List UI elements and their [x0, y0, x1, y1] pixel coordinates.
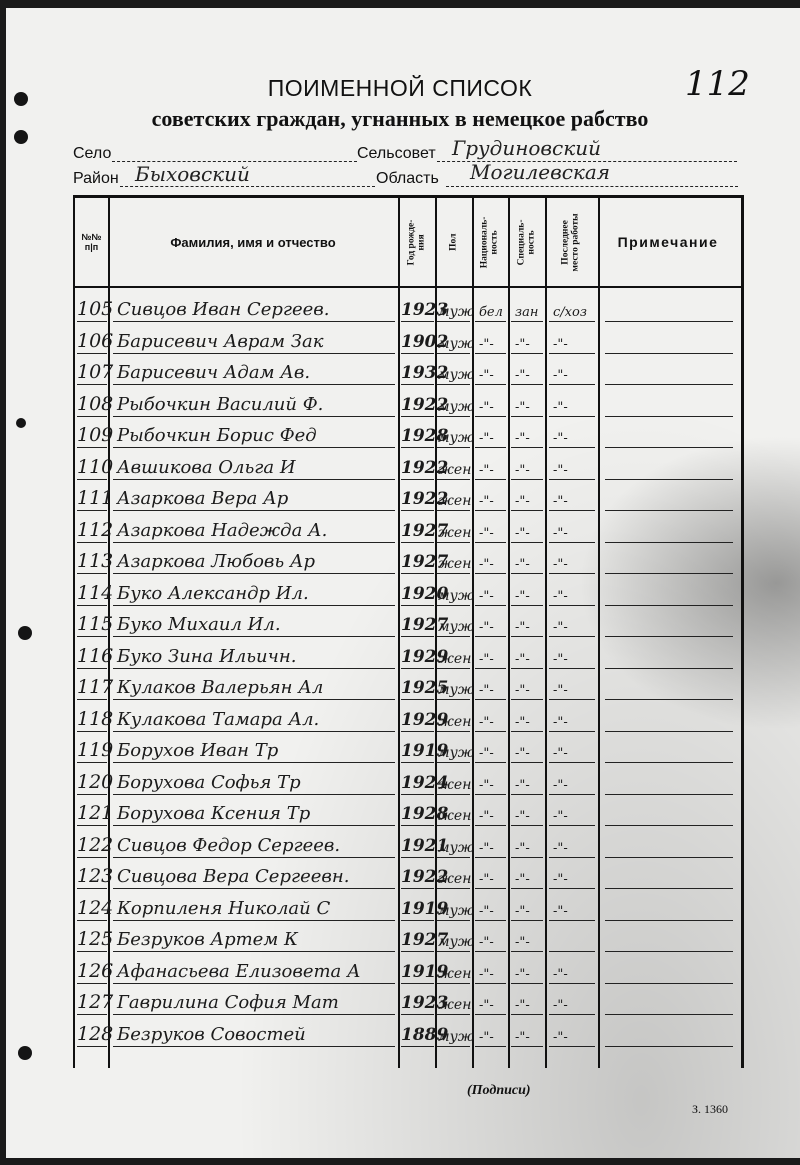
- table-row: 124Корпиленя Николай С1919муж-"--"--"-: [75, 893, 741, 921]
- table-row: 122Сивцов Федор Сергеев.1921муж-"--"--"-: [75, 830, 741, 858]
- table-row: 107Барисевич Адам Ав.1932муж-"--"--"-: [75, 357, 741, 385]
- punch-hole: [14, 130, 28, 144]
- row-number: 117: [77, 676, 113, 698]
- row-specialty: -"-: [515, 526, 530, 541]
- row-name: Борухов Иван Тр: [117, 740, 278, 761]
- names-table: №№ п|п Фамилия, имя и отчество Год рожде…: [73, 195, 744, 1068]
- row-specialty: -"-: [515, 841, 530, 856]
- row-nationality: -"-: [479, 431, 494, 446]
- row-nationality: -"-: [479, 778, 494, 793]
- row-specialty: -"-: [515, 904, 530, 919]
- row-nationality: -"-: [479, 463, 494, 478]
- row-specialty: -"-: [515, 746, 530, 761]
- row-number: 112: [77, 519, 113, 541]
- col-header-num: №№ п|п: [75, 198, 108, 286]
- row-last-work: -"-: [553, 746, 568, 761]
- row-number: 115: [77, 613, 113, 635]
- row-specialty: -"-: [515, 872, 530, 887]
- row-nationality: -"-: [479, 998, 494, 1013]
- form-code: З. 1360: [692, 1102, 728, 1117]
- table-row: 118Кулакова Тамара Ал.1929жен-"--"--"-: [75, 704, 741, 732]
- row-sex: жен: [438, 651, 471, 667]
- table-row: 106Барисевич Аврам Зак1902муж-"--"--"-: [75, 326, 741, 354]
- row-specialty: -"-: [515, 935, 530, 950]
- row-nationality: -"-: [479, 935, 494, 950]
- row-last-work: -"-: [553, 841, 568, 856]
- row-specialty: -"-: [515, 431, 530, 446]
- table-row: 120Борухова Софья Тр1924жен-"--"--"-: [75, 767, 741, 795]
- row-nationality: -"-: [479, 1030, 494, 1045]
- selsovet-label: Сельсовет: [357, 145, 436, 163]
- row-last-work: -"-: [553, 526, 568, 541]
- row-sex: жен: [438, 462, 471, 478]
- row-specialty: -"-: [515, 1030, 530, 1045]
- row-sex: жен: [438, 966, 471, 982]
- row-nationality: -"-: [479, 841, 494, 856]
- row-nationality: -"-: [479, 809, 494, 824]
- row-nationality: -"-: [479, 400, 494, 415]
- punch-hole: [18, 626, 32, 640]
- row-number: 119: [77, 739, 113, 761]
- row-number: 125: [77, 928, 113, 950]
- table-row: 121Борухова Ксения Тр1928жен-"--"--"-: [75, 798, 741, 826]
- row-number: 123: [77, 865, 113, 887]
- table-row: 128Безруков Совостей1889муж-"--"--"-: [75, 1019, 741, 1047]
- row-sex: жен: [438, 714, 471, 730]
- col-header-specialty: Специаль- ность: [508, 198, 545, 286]
- row-name: Азаркова Любовь Ар: [117, 551, 315, 572]
- row-name: Гаврилина София Мат: [117, 992, 339, 1013]
- row-last-work: -"-: [553, 368, 568, 383]
- row-name: Кулаков Валерьян Ал: [117, 677, 323, 698]
- row-name: Сивцов Иван Сергеев.: [117, 299, 329, 320]
- row-nationality: -"-: [479, 368, 494, 383]
- row-sex: жен: [438, 493, 471, 509]
- row-last-work: -"-: [553, 809, 568, 824]
- row-specialty: -"-: [515, 967, 530, 982]
- row-name: Рыбочкин Василий Ф.: [117, 394, 323, 415]
- table-row: 125Безруков Артем К1927муж-"--"-: [75, 924, 741, 952]
- col-header-note: Примечание: [598, 198, 738, 286]
- row-number: 120: [77, 771, 113, 793]
- row-nationality: -"-: [479, 715, 494, 730]
- row-sex: муж: [438, 903, 474, 919]
- row-number: 109: [77, 424, 113, 446]
- row-sex: жен: [438, 808, 471, 824]
- row-last-work: с/хоз: [553, 305, 587, 320]
- table-row: 109Рыбочкин Борис Фед1928муж-"--"--"-: [75, 420, 741, 448]
- row-nationality: -"-: [479, 589, 494, 604]
- row-last-work: -"-: [553, 715, 568, 730]
- row-name: Буко Александр Ил.: [117, 583, 309, 604]
- row-sex: жен: [438, 871, 471, 887]
- row-number: 110: [77, 456, 113, 478]
- row-number: 127: [77, 991, 113, 1013]
- row-number: 122: [77, 834, 113, 856]
- row-specialty: -"-: [515, 715, 530, 730]
- table-row: 111Азаркова Вера Ар1922жен-"--"--"-: [75, 483, 741, 511]
- row-name: Буко Михаил Ил.: [117, 614, 281, 635]
- row-last-work: -"-: [553, 904, 568, 919]
- table-row: 119Борухов Иван Тр1919муж-"--"--"-: [75, 735, 741, 763]
- table-row: 123Сивцова Вера Сергеевн.1922жен-"--"--"…: [75, 861, 741, 889]
- rayon-value: Быховский: [135, 162, 250, 186]
- row-number: 126: [77, 960, 113, 982]
- row-sex: муж: [438, 399, 474, 415]
- row-sex: жен: [438, 556, 471, 572]
- row-last-work: -"-: [553, 463, 568, 478]
- row-name: Авшикова Ольга И: [117, 457, 296, 478]
- row-sex: муж: [438, 588, 474, 604]
- row-number: 128: [77, 1023, 113, 1045]
- row-nationality: -"-: [479, 652, 494, 667]
- row-nationality: -"-: [479, 337, 494, 352]
- row-name: Сивцов Федор Сергеев.: [117, 835, 340, 856]
- row-nationality: -"-: [479, 872, 494, 887]
- row-last-work: -"-: [553, 683, 568, 698]
- row-last-work: -"-: [553, 337, 568, 352]
- row-last-work: -"-: [553, 872, 568, 887]
- row-specialty: -"-: [515, 683, 530, 698]
- row-specialty: -"-: [515, 463, 530, 478]
- row-specialty: зан: [515, 305, 538, 320]
- table-row: 115Буко Михаил Ил.1927муж-"--"--"-: [75, 609, 741, 637]
- table-row: 116Буко Зина Ильичн.1929жен-"--"--"-: [75, 641, 741, 669]
- row-name: Азаркова Надежда А.: [117, 520, 327, 541]
- oblast-value: Могилевская: [470, 160, 610, 184]
- rayon-label: Район: [73, 170, 119, 188]
- table-row: 114Буко Александр Ил.1920муж-"--"--"-: [75, 578, 741, 606]
- col-header-year: Год рожде- ния: [398, 198, 435, 286]
- col-header-last-work: Последнее место работы: [545, 198, 598, 286]
- row-number: 113: [77, 550, 113, 572]
- row-name: Корпиленя Николай С: [117, 898, 330, 919]
- row-specialty: -"-: [515, 778, 530, 793]
- row-number: 114: [77, 582, 113, 604]
- row-specialty: -"-: [515, 998, 530, 1013]
- row-sex: муж: [438, 304, 474, 320]
- table-row: 112Азаркова Надежда А.1927жен-"--"--"-: [75, 515, 741, 543]
- row-nationality: -"-: [479, 967, 494, 982]
- row-sex: жен: [438, 525, 471, 541]
- row-nationality: -"-: [479, 746, 494, 761]
- row-sex: жен: [438, 777, 471, 793]
- row-name: Кулакова Тамара Ал.: [117, 709, 319, 730]
- table-row: 113Азаркова Любовь Ар1927жен-"--"--"-: [75, 546, 741, 574]
- row-sex: муж: [438, 619, 474, 635]
- row-nationality: -"-: [479, 526, 494, 541]
- row-specialty: -"-: [515, 589, 530, 604]
- selo-label: Село: [73, 145, 111, 163]
- table-row: 127Гаврилина София Мат1923жен-"--"--"-: [75, 987, 741, 1015]
- row-number: 108: [77, 393, 113, 415]
- row-sex: муж: [438, 1029, 474, 1045]
- row-name: Борухова Ксения Тр: [117, 803, 310, 824]
- row-sex: муж: [438, 745, 474, 761]
- document-subtitle: советских граждан, угнанных в немецкое р…: [0, 106, 800, 132]
- row-specialty: -"-: [515, 652, 530, 667]
- row-name: Азаркова Вера Ар: [117, 488, 288, 509]
- selsovet-value: Грудиновский: [452, 136, 601, 160]
- row-nationality: -"-: [479, 557, 494, 572]
- row-name: Буко Зина Ильичн.: [117, 646, 296, 667]
- row-nationality: -"-: [479, 620, 494, 635]
- punch-hole: [16, 418, 26, 428]
- punch-hole: [18, 1046, 32, 1060]
- row-number: 124: [77, 897, 113, 919]
- row-specialty: -"-: [515, 557, 530, 572]
- row-last-work: -"-: [553, 589, 568, 604]
- row-sex: муж: [438, 367, 474, 383]
- row-name: Рыбочкин Борис Фед: [117, 425, 317, 446]
- col-header-name: Фамилия, имя и отчество: [108, 198, 398, 286]
- row-specialty: -"-: [515, 337, 530, 352]
- row-last-work: -"-: [553, 400, 568, 415]
- col-header-sex: Пол: [435, 198, 472, 286]
- row-number: 105: [77, 298, 113, 320]
- row-sex: муж: [438, 934, 474, 950]
- row-last-work: -"-: [553, 967, 568, 982]
- signatures-label: (Подписи): [467, 1083, 531, 1099]
- row-name: Афанасьева Елизовета А: [117, 961, 361, 982]
- row-nationality: -"-: [479, 683, 494, 698]
- table-row: 105Сивцов Иван Сергеев.1923мужбелзанс/хо…: [75, 294, 741, 322]
- row-specialty: -"-: [515, 809, 530, 824]
- row-number: 118: [77, 708, 113, 730]
- row-last-work: -"-: [553, 494, 568, 509]
- row-specialty: -"-: [515, 368, 530, 383]
- row-number: 121: [77, 802, 113, 824]
- row-number: 106: [77, 330, 113, 352]
- table-row: 108Рыбочкин Василий Ф.1922муж-"--"--"-: [75, 389, 741, 417]
- row-last-work: -"-: [553, 431, 568, 446]
- row-last-work: -"-: [553, 620, 568, 635]
- document-title: ПОИМЕННОЙ СПИСОК: [0, 75, 800, 102]
- oblast-line: [446, 185, 738, 187]
- col-header-nationality: Националь- ность: [472, 198, 508, 286]
- row-number: 116: [77, 645, 113, 667]
- row-sex: муж: [438, 336, 474, 352]
- table-row: 126Афанасьева Елизовета А1919жен-"--"--"…: [75, 956, 741, 984]
- row-sex: муж: [438, 682, 474, 698]
- row-name: Безруков Совостей: [117, 1024, 306, 1045]
- row-number: 111: [77, 487, 113, 509]
- table-row: 110Авшикова Ольга И1922жен-"--"--"-: [75, 452, 741, 480]
- oblast-label: Область: [376, 170, 439, 188]
- row-last-work: -"-: [553, 652, 568, 667]
- row-last-work: -"-: [553, 998, 568, 1013]
- row-last-work: -"-: [553, 778, 568, 793]
- row-nationality: -"-: [479, 904, 494, 919]
- row-number: 107: [77, 361, 113, 383]
- row-last-work: -"-: [553, 1030, 568, 1045]
- row-last-work: -"-: [553, 557, 568, 572]
- row-specialty: -"-: [515, 400, 530, 415]
- row-name: Безруков Артем К: [117, 929, 298, 950]
- row-name: Сивцова Вера Сергеевн.: [117, 866, 349, 887]
- row-sex: жен: [438, 997, 471, 1013]
- table-row: 117Кулаков Валерьян Ал1925муж-"--"--"-: [75, 672, 741, 700]
- row-name: Барисевич Адам Ав.: [117, 362, 310, 383]
- row-nationality: бел: [479, 305, 503, 320]
- row-sex: муж: [438, 840, 474, 856]
- row-sex: муж: [438, 430, 474, 446]
- row-specialty: -"-: [515, 494, 530, 509]
- row-specialty: -"-: [515, 620, 530, 635]
- row-nationality: -"-: [479, 494, 494, 509]
- row-name: Борухова Софья Тр: [117, 772, 301, 793]
- row-name: Барисевич Аврам Зак: [117, 331, 324, 352]
